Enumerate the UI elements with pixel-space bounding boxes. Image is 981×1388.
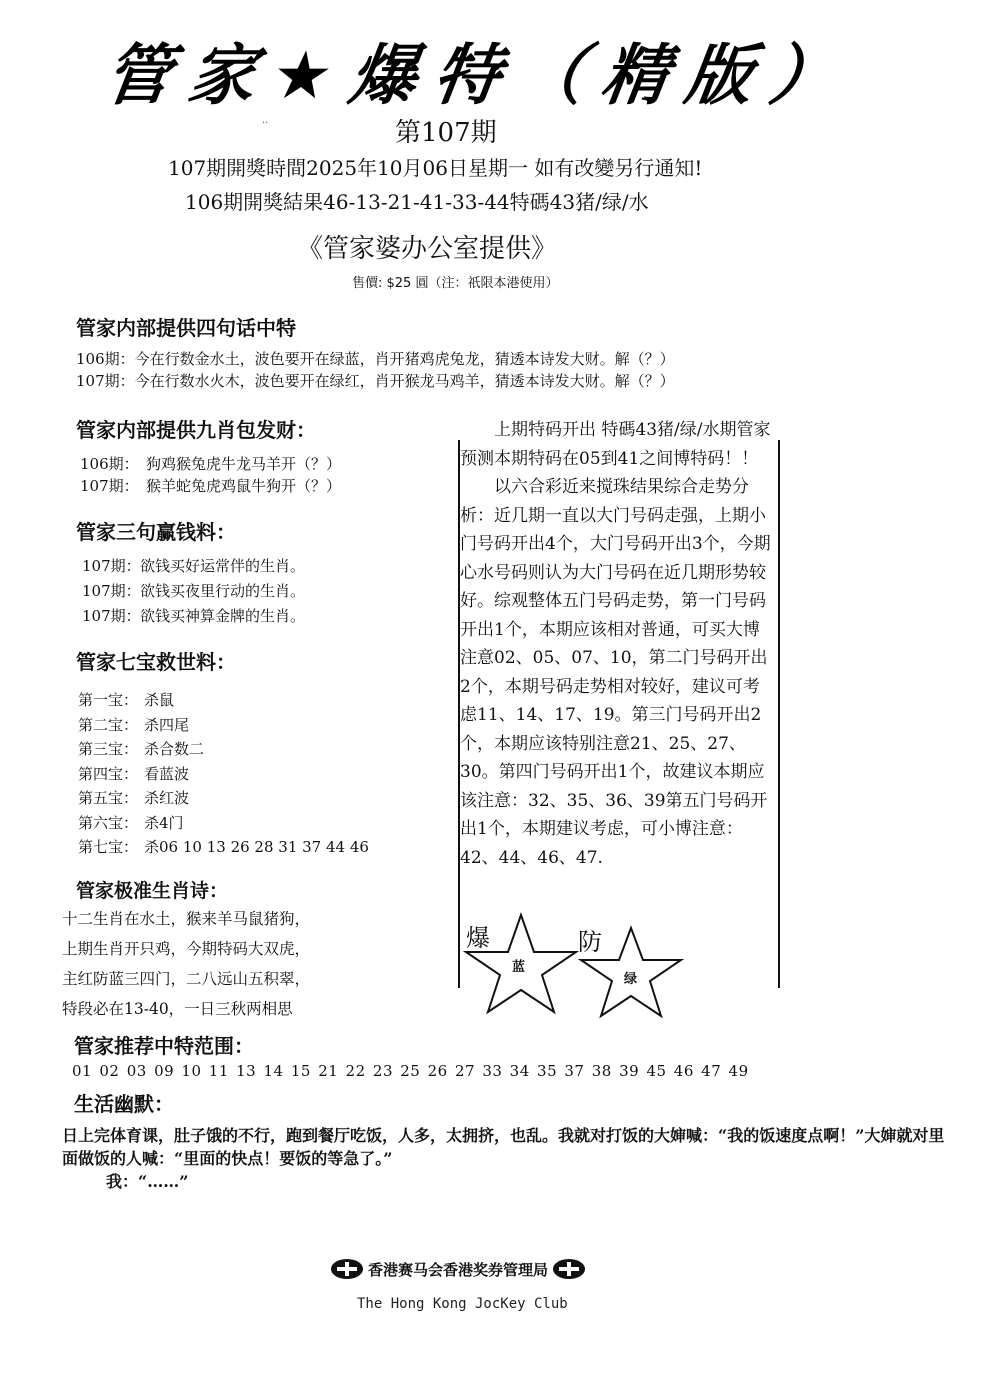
footer-org-cn: 香港赛马会香港奖券管理局: [368, 1259, 548, 1280]
list-item: 第一宝：杀鼠: [78, 688, 369, 713]
poem-heading: 管家极准生肖诗：: [76, 876, 228, 903]
list-item: 第七宝：杀06 10 13 26 28 31 37 44 46: [78, 835, 369, 860]
treasure-label: 第四宝：: [78, 762, 144, 787]
item-text: 杀四尾: [144, 713, 189, 738]
list-item: 第二宝：杀四尾: [78, 713, 369, 738]
draw-time: 107期開獎時間2025年10月06日星期一 如有改變另行通知!: [168, 152, 702, 181]
item-text: 杀4门: [144, 811, 184, 836]
period-label: 107期：: [82, 579, 140, 604]
footer-org: 香港赛马会香港奖券管理局: [330, 1258, 586, 1280]
item-text: 欲钱买神算金牌的生肖。: [140, 604, 305, 629]
list-item: 107期：猴羊蛇兔虎鸡鼠牛狗开（？）: [80, 475, 341, 497]
item-text: 今在行数水火木，波色要开在绿红，肖开猴龙马鸡羊，猜透本诗发大财。解（？）: [135, 370, 675, 392]
list-item: 106期：今在行数金水土，波色要开在绿蓝，肖开猪鸡虎兔龙，猜透本诗发大财。解（？…: [76, 348, 675, 370]
price-note: 售價: $25 圓（注：祇限本港使用）: [352, 272, 558, 291]
period-label: 106期：: [76, 348, 135, 370]
poem-line: 特段必在13-40，一日三秋两相思: [62, 994, 310, 1024]
footer-org-en: The Hong Kong JocKey Club: [357, 1296, 568, 1312]
item-text: 看蓝波: [144, 762, 189, 787]
period-label: 107期：: [82, 604, 140, 629]
poem-line: 十二生肖在水土，猴来羊马鼠猪狗，: [62, 904, 310, 934]
item-text: 欲钱买好运常伴的生肖。: [140, 554, 305, 579]
seven-treasures-heading: 管家七宝救世料：: [76, 646, 236, 675]
period-label: 107期：: [80, 475, 146, 497]
list-item: 第四宝：看蓝波: [78, 762, 369, 787]
list-item: 107期：欲钱买好运常伴的生肖。: [82, 554, 305, 579]
item-text: 杀红波: [144, 786, 189, 811]
treasure-label: 第七宝：: [78, 835, 144, 860]
treasure-label: 第一宝：: [78, 688, 144, 713]
last-result: 106期開獎結果46-13-21-41-33-44特碼43猪/绿/水: [185, 186, 649, 215]
item-text: 欲钱买夜里行动的生肖。: [140, 579, 305, 604]
list-item: 106期：狗鸡猴兔虎牛龙马羊开（？）: [80, 453, 341, 475]
four-lines-list: 106期：今在行数金水土，波色要开在绿蓝，肖开猪鸡虎兔龙，猜透本诗发大财。解（？…: [76, 348, 675, 392]
star-label-green: 绿: [624, 968, 637, 987]
range-heading: 管家推荐中特范围：: [74, 1030, 254, 1059]
decorative-dots: ··: [262, 118, 268, 129]
issue-number: 第107期: [395, 112, 497, 149]
nine-zodiac-heading: 管家内部提供九肖包发财：: [76, 414, 316, 443]
item-text: 杀合数二: [144, 737, 204, 762]
treasure-label: 第六宝：: [78, 811, 144, 836]
period-label: 107期：: [82, 554, 140, 579]
treasure-label: 第二宝：: [78, 713, 144, 738]
humor-text: 日上完体育课，肚子饿的不行，跑到餐厅吃饭，人多，太拥挤，也乱。我就对打饭的大婶喊…: [62, 1124, 952, 1170]
poem-line: 主红防蓝三四门，二八远山五积翠，: [62, 964, 310, 994]
list-item: 第五宝：杀红波: [78, 786, 369, 811]
list-item: 107期：欲钱买神算金牌的生肖。: [82, 604, 305, 629]
treasure-label: 第五宝：: [78, 786, 144, 811]
range-numbers: 01 02 03 09 10 11 13 14 15 21 22 23 25 2…: [72, 1062, 749, 1080]
jockey-club-logo-icon: [552, 1258, 586, 1280]
seven-treasures-list: 第一宝：杀鼠 第二宝：杀四尾 第三宝：杀合数二 第四宝：看蓝波 第五宝：杀红波 …: [78, 688, 369, 860]
item-text: 今在行数金水土，波色要开在绿蓝，肖开猪鸡虎兔龙，猜透本诗发大财。解（？）: [135, 348, 675, 370]
poem-body: 十二生肖在水土，猴来羊马鼠猪狗， 上期生肖开只鸡，今期特码大双虎， 主红防蓝三四…: [62, 904, 310, 1024]
item-text: 猴羊蛇兔虎鸡鼠牛狗开（？）: [146, 475, 341, 497]
provider-title: 《管家婆办公室提供》: [297, 228, 557, 265]
item-text: 杀鼠: [144, 688, 174, 713]
treasure-label: 第三宝：: [78, 737, 144, 762]
star-label-blue: 蓝: [512, 956, 525, 975]
three-phrases-list: 107期：欲钱买好运常伴的生肖。 107期：欲钱买夜里行动的生肖。 107期：欲…: [82, 554, 305, 629]
three-phrases-heading: 管家三句赢钱料：: [76, 516, 236, 545]
list-item: 107期：今在行数水火木，波色要开在绿红，肖开猴龙马鸡羊，猜透本诗发大财。解（？…: [76, 370, 675, 392]
jockey-club-logo-icon: [330, 1258, 364, 1280]
period-label: 107期：: [76, 370, 135, 392]
nine-zodiac-list: 106期：狗鸡猴兔虎牛龙马羊开（？） 107期：猴羊蛇兔虎鸡鼠牛狗开（？）: [80, 453, 341, 497]
analysis-paragraph: 以六合彩近来搅珠结果综合走势分析：近几期一直以大门号码走强，上期小门号码开出4个…: [460, 473, 775, 872]
humor-body: 日上完体育课，肚子饿的不行，跑到餐厅吃饭，人多，太拥挤，也乱。我就对打饭的大婶喊…: [62, 1124, 952, 1193]
item-text: 狗鸡猴兔虎牛龙马羊开（？）: [146, 453, 341, 475]
list-item: 第六宝：杀4门: [78, 811, 369, 836]
humor-heading: 生活幽默：: [74, 1088, 174, 1117]
list-item: 第三宝：杀合数二: [78, 737, 369, 762]
item-text: 杀06 10 13 26 28 31 37 44 46: [144, 835, 369, 860]
four-lines-heading: 管家内部提供四句话中特: [76, 312, 296, 341]
page-title: 管家★爆特（精版）: [99, 36, 870, 116]
analysis-paragraph: 上期特码开出 特碼43猪/绿/水期管家预测本期特码在05到41之间博特码！！: [460, 416, 775, 473]
period-label: 106期：: [80, 453, 146, 475]
humor-text: 我：“……”: [62, 1170, 952, 1193]
list-item: 107期：欲钱买夜里行动的生肖。: [82, 579, 305, 604]
poem-line: 上期生肖开只鸡，今期特码大双虎，: [62, 934, 310, 964]
analysis-box-text: 上期特码开出 特碼43猪/绿/水期管家预测本期特码在05到41之间博特码！！ 以…: [460, 416, 775, 872]
